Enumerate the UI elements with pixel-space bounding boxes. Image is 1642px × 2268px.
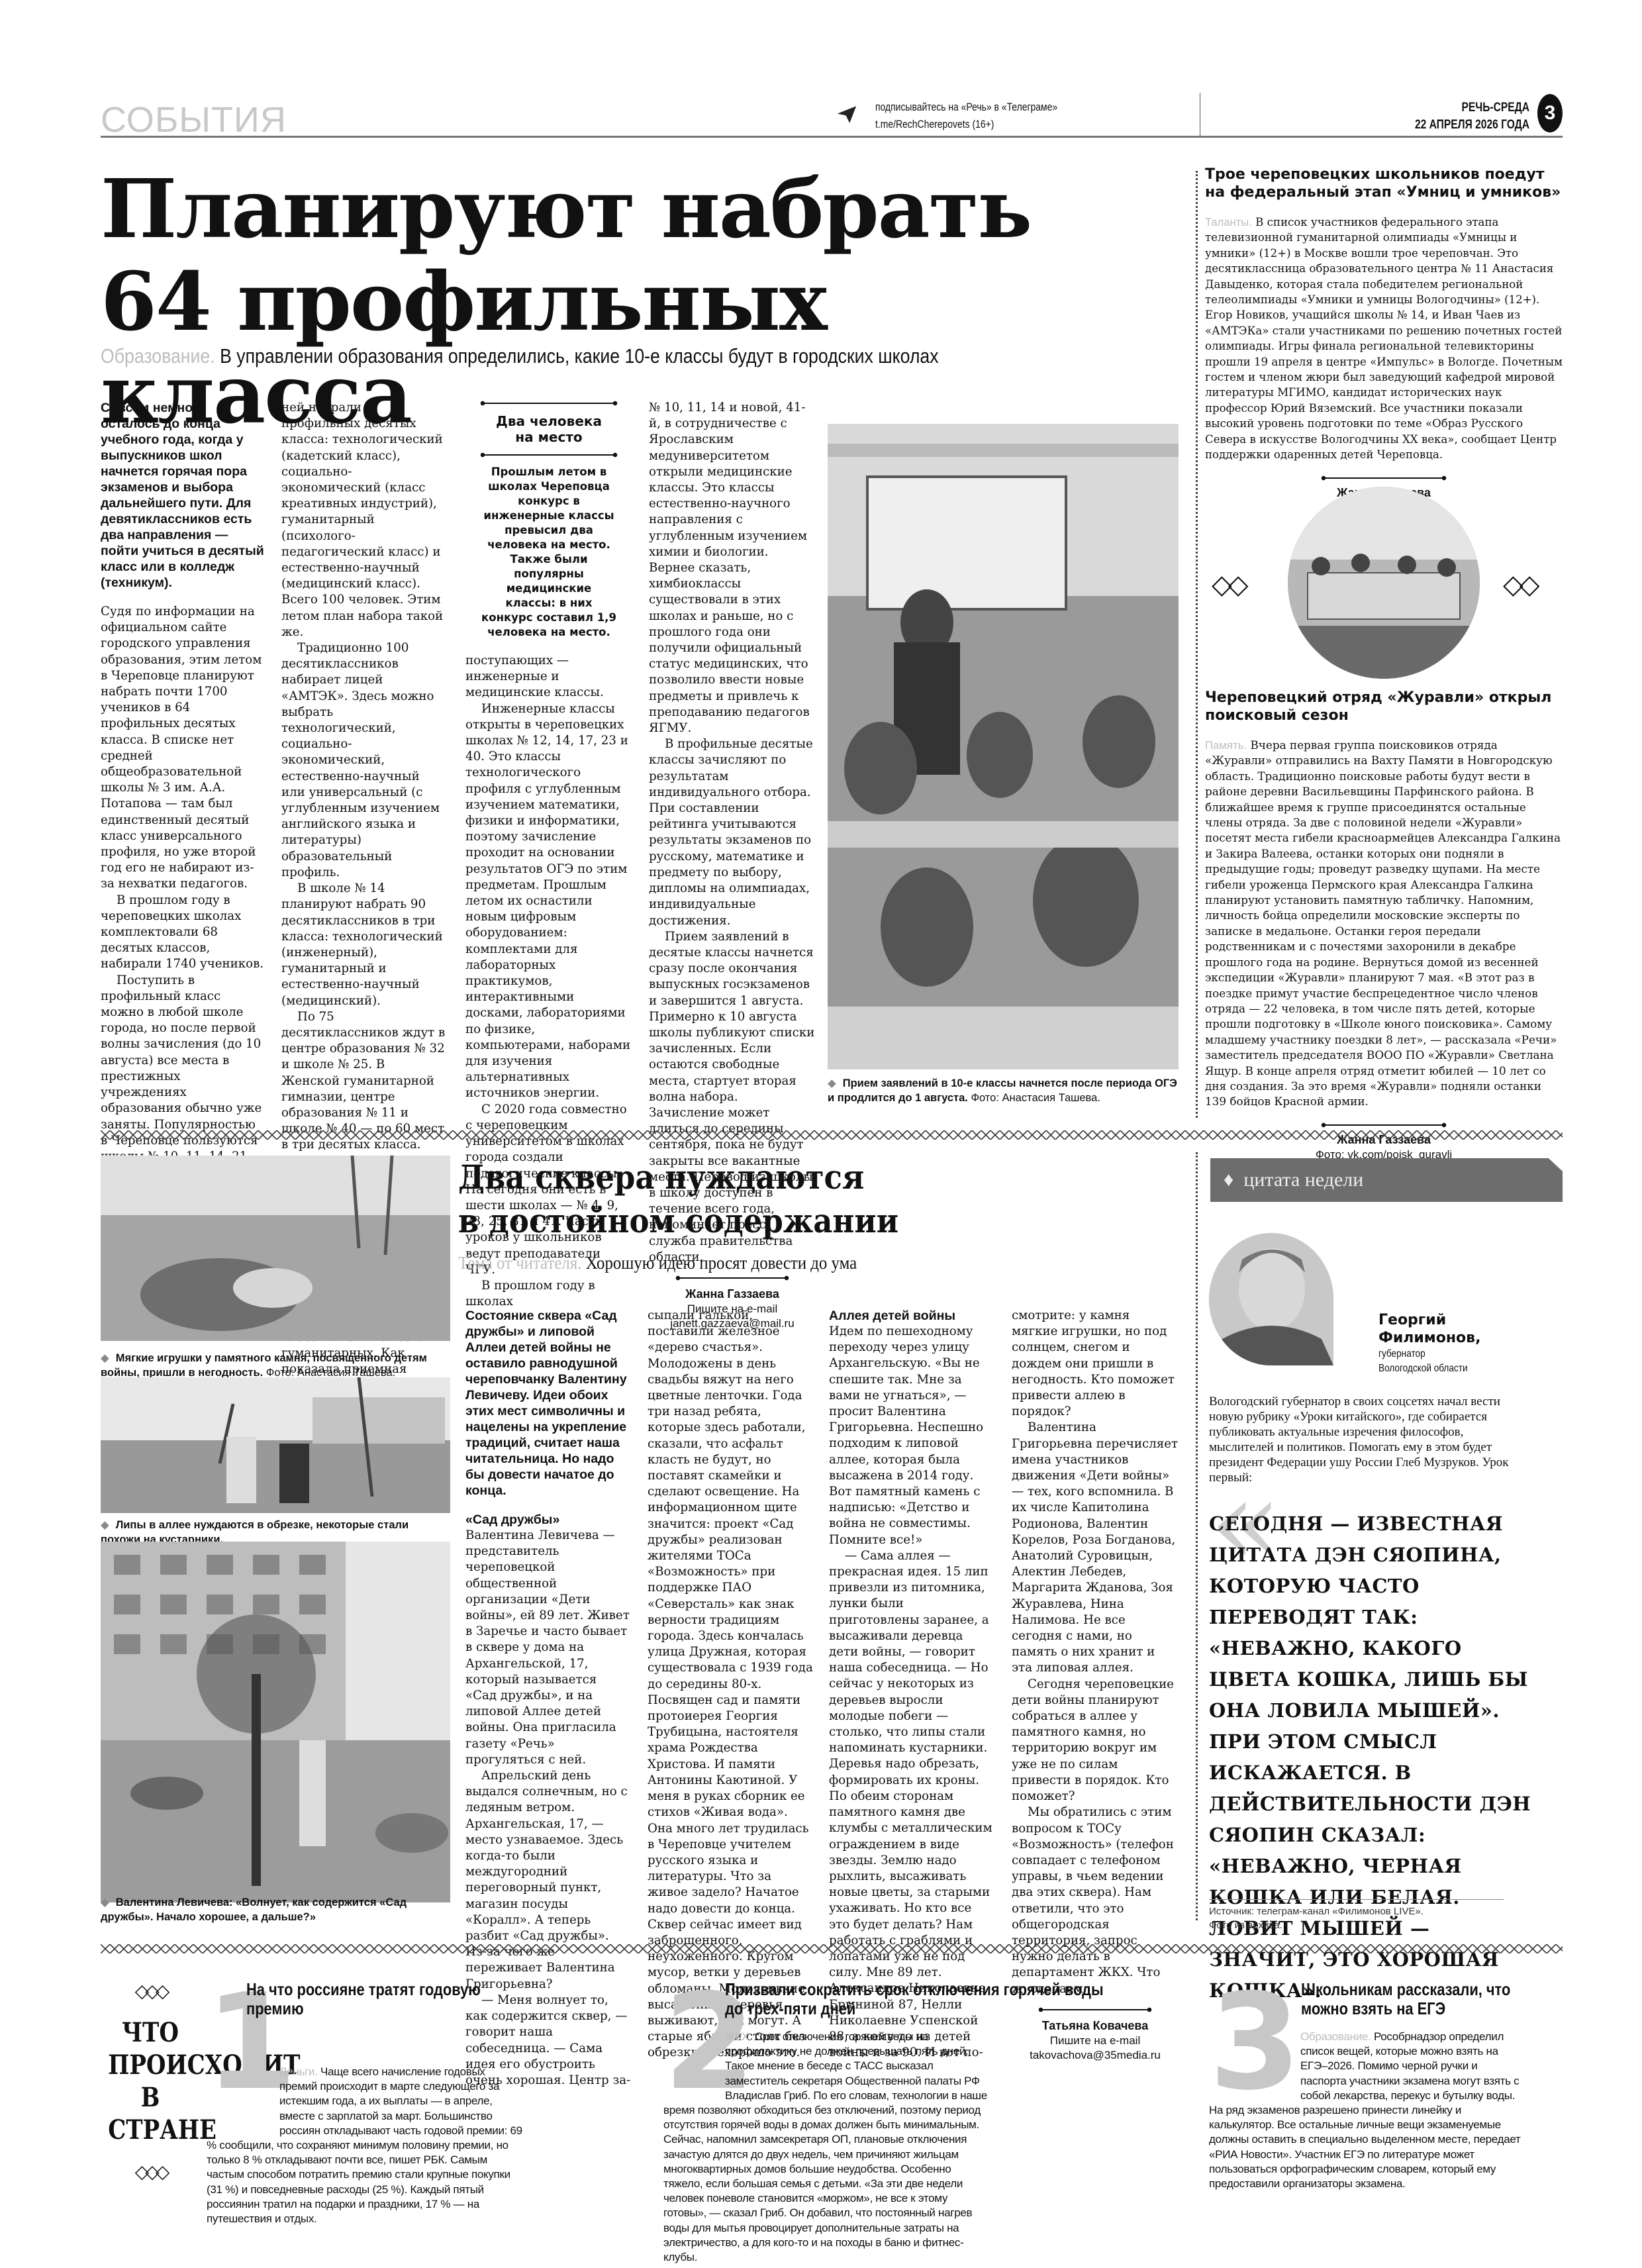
stone-image [101, 1156, 450, 1341]
squares-lead: Тема от читателя. Хорошую идею просят до… [458, 1253, 857, 1273]
main-intro: Совсем немного осталось до конца учебног… [101, 400, 265, 591]
country-news-item-3: Школьникам рассказали, что можно взять н… [1301, 1980, 1566, 2018]
main-headline: Планируют набрать 64 профильных класса [101, 162, 1134, 440]
zhuravli-photo [1288, 487, 1480, 679]
classroom-image [828, 424, 1179, 1069]
lead-rubric: Тема от читателя. [458, 1253, 581, 1273]
country-news-label: ◇◇◇ ЧТО ПРОИСХОДИТ В СТРАНЕ ◇◇◇ [101, 1980, 200, 2183]
section-separator [101, 1944, 1563, 1953]
decor-diamonds-right: ◇◇ [1503, 569, 1536, 600]
news-rubric: ЖКХ. [725, 2030, 751, 2043]
fact-box: Два человека на место Прошлым летом в шк… [465, 400, 632, 640]
news-body: Вчера первая группа поисковиков отряда «… [1205, 738, 1561, 1108]
quote-source: Источник: телеграм-канал «Филимонов LIVE… [1209, 1904, 1424, 1932]
decor-diamonds-left: ◇◇ [1212, 569, 1245, 600]
diamond-icon: ◆ [101, 1352, 109, 1364]
author-email[interactable]: takovachova@35media.ru [1030, 2049, 1161, 2061]
paragraph: № 10, 11, 14 и новой, 41-й, в сотрудниче… [649, 400, 816, 736]
photo-credit: Фото: Анастасия Ташева. [971, 1092, 1100, 1104]
position-line: Вологодской области [1378, 1361, 1468, 1376]
paper-plane-icon [836, 103, 858, 126]
divider-line [1321, 475, 1447, 481]
divider-line [1321, 1122, 1447, 1128]
diamond-icon: ◆ [828, 1077, 836, 1089]
portrait-image [1209, 1233, 1333, 1365]
governor-name-block: Георгий Филимонов, губернатор Вологодско… [1378, 1311, 1483, 1376]
fact-box-title: Два человека на место [493, 413, 604, 445]
divider-line [675, 1275, 789, 1281]
header-divider [1200, 93, 1200, 136]
fact-box-text: Прошлым летом в школах Череповца конкурс… [480, 465, 618, 640]
text-wrap-spacer [207, 2065, 279, 2138]
source-rule [1209, 1899, 1504, 1900]
paragraph: Судя по информации на официальном сайте … [101, 604, 265, 893]
country-news-item-1: На что россияне тратят годовую премию [246, 1980, 524, 2018]
telegram-link[interactable]: t.me/RechCherepovets (16+) [875, 118, 994, 131]
page-number: 3 [1537, 94, 1563, 132]
divider-line [480, 452, 618, 458]
news-title: Череповецкий отряд «Журавли» открыл поис… [1205, 689, 1563, 724]
news-rubric: Деньги. [279, 2065, 318, 2078]
friendship-garden-photo [101, 1542, 450, 1902]
classroom-photo-caption: ◆Прием заявлений в 10-е классы начнется … [828, 1076, 1185, 1105]
paragraph: Валентина Григорьевна перечисляет имена … [1012, 1420, 1179, 1676]
author-name: Жанна Газзаева [685, 1287, 779, 1301]
lead-text: В управлении образования определились, к… [220, 344, 939, 368]
decor-diamonds-bottom: ◇◇◇ [101, 2161, 200, 2183]
paragraph: Традиционно 100 десятиклассников набирае… [281, 640, 447, 881]
source-text: Источник: телеграм-канал «Филимонов LIVE… [1209, 1904, 1424, 1918]
headline-line-1: Планируют набрать [101, 162, 1134, 255]
paragraph: Идем по пешеходному переходу через улицу… [829, 1324, 996, 1548]
issue-info: РЕЧЬ-СРЕДА 22 АПРЕЛЯ 2026 ГОДА [1415, 99, 1529, 134]
news-rubric: Образование. [1300, 2030, 1371, 2043]
sidebar-news-1: Трое череповецких школьников поедут на ф… [1205, 166, 1563, 501]
paragraph: Апрельский день выдался солнечным, но с … [465, 1768, 631, 1993]
headline-line-2: в достойном содержании [458, 1199, 1114, 1243]
paragraph: В школе № 14 планируют набрать 90 десяти… [281, 881, 447, 1009]
column-separator [1196, 1152, 1198, 1920]
subheading-children-alley: Аллея детей войны [829, 1308, 996, 1324]
zhuravli-photo-block: ◇◇ ◇◇ [1212, 487, 1556, 685]
text-wrap-spacer [663, 2030, 725, 2102]
country-news-title: ЧТО ПРОИСХОДИТ В СТРАНЕ [108, 2016, 193, 2146]
news-rubric: Память. [1205, 739, 1247, 752]
caption-bold: Валентина Левичева: «Волнует, как содерж… [101, 1897, 407, 1923]
text-wrap-spacer [1209, 2030, 1300, 2102]
decor-diamonds-top: ◇◇◇ [101, 1980, 200, 2002]
sidebar-news-2: Череповецкий отряд «Журавли» открыл поис… [1205, 689, 1563, 1162]
paragraph: Валентина Левичева — представитель череп… [465, 1528, 631, 1768]
news-title: Школьникам рассказали, что можно взять н… [1301, 1980, 1551, 2018]
news-body: Образование. Рособрнадзор определил спис… [1209, 2030, 1523, 2191]
news-body: В список участников федерального этапа т… [1205, 216, 1563, 461]
diamond-icon: ◆ [101, 1897, 109, 1908]
photo-caption: ◆Валентина Левичева: «Волнует, как содер… [101, 1895, 450, 1924]
news-rubric: Таланты. [1205, 216, 1252, 228]
news-title: Трое череповецких школьников поедут на ф… [1205, 166, 1563, 201]
headline-line-1: Два сквера нуждаются [458, 1156, 1114, 1199]
paragraph: В прошлом году в череповецких школах ком… [101, 893, 265, 973]
last-name: Филимонов, [1378, 1329, 1483, 1347]
paragraph: В прошлом году в школах [465, 1278, 632, 1310]
photo-caption: ◆Мягкие игрушки у памятного камня, посвя… [101, 1351, 450, 1380]
alley-image [101, 1377, 450, 1513]
author-email-label: Пишите на e-mail [1050, 2034, 1140, 2047]
paragraph: Мы обратились с этим вопросом к ТОСу «Во… [1012, 1804, 1179, 1997]
paragraph: ней набрали 4 профильных десятых класса:… [281, 400, 447, 640]
photo-credit: Фото из архива. [1209, 1918, 1424, 1932]
header-rule [101, 136, 1563, 138]
position-line: губернатор [1378, 1347, 1468, 1361]
first-name: Георгий [1378, 1311, 1483, 1329]
paragraph: смотрите: у камня мягкие игрушки, но под… [1012, 1308, 1179, 1420]
classroom-photo [828, 424, 1179, 1069]
issue-date: 22 АПРЕЛЯ 2026 ГОДА [1415, 117, 1529, 134]
news-title: На что россияне тратят годовую премию [246, 1980, 513, 2018]
quote-label: цитата недели [1243, 1169, 1363, 1191]
paragraph: Инженерные классы открыты в череповецких… [465, 701, 632, 1102]
diamond-icon: ♦ [1224, 1169, 1233, 1191]
main-lead: Образование. В управлении образования оп… [101, 344, 939, 368]
person-name: Георгий Филимонов, [1378, 1311, 1483, 1347]
news-text: Таланты. В список участников федеральног… [1205, 215, 1563, 463]
garden-image [101, 1542, 450, 1902]
author-name: Татьяна Ковачева [1042, 2019, 1149, 2032]
lead-rubric: Образование. [101, 344, 215, 368]
news-title: Призвали сократить срок отключения горяч… [725, 1980, 1114, 2018]
squares-col-1: Состояние сквера «Сад дружбы» и липовой … [465, 1308, 631, 2089]
news-body: ЖКХ. Срок отключения горячей воды на про… [663, 2030, 988, 2265]
subheading-friendship-garden: «Сад дружбы» [465, 1512, 631, 1528]
newspaper-name: РЕЧЬ-СРЕДА [1415, 99, 1529, 117]
section-separator [101, 1130, 1563, 1140]
governor-portrait [1209, 1233, 1333, 1365]
quote-of-week-bar: ♦ цитата недели [1210, 1158, 1563, 1202]
news-text: Память. Вчера первая группа поисковиков … [1205, 738, 1563, 1110]
toys-stone-photo [101, 1156, 450, 1341]
squares-intro: Состояние сквера «Сад дружбы» и липовой … [465, 1308, 631, 1499]
telegram-line-1: подписывайтесь на «Речь» в «Телеграме» [875, 101, 1057, 114]
person-position: губернатор Вологодской области [1378, 1347, 1468, 1376]
author-block: Татьяна Ковачева Пишите на e-mail takova… [1012, 2018, 1179, 2063]
paragraph: поступающих — инженерные и медицинские к… [465, 653, 632, 701]
paragraph: В профильные десятые классы зачисляют по… [649, 736, 816, 928]
squares-headline: Два сквера нуждаются в достойном содержа… [458, 1156, 1114, 1243]
country-news-item-2: Призвали сократить срок отключения горяч… [725, 1980, 1122, 2018]
divider-line [480, 400, 618, 407]
diamond-icon: ◆ [101, 1519, 109, 1531]
news-body: Деньги. Чаще всего начисление годовых пр… [207, 2065, 524, 2226]
linden-alley-photo [101, 1377, 450, 1513]
paragraph: Сегодня череповецкие дети войны планирую… [1012, 1677, 1179, 1805]
lead-text: Хорошую идею просят довести до ума [586, 1253, 857, 1273]
column-separator [1196, 171, 1198, 1118]
group-photo-image [1288, 487, 1480, 679]
section-rubric: СОБЫТИЯ [101, 99, 287, 140]
